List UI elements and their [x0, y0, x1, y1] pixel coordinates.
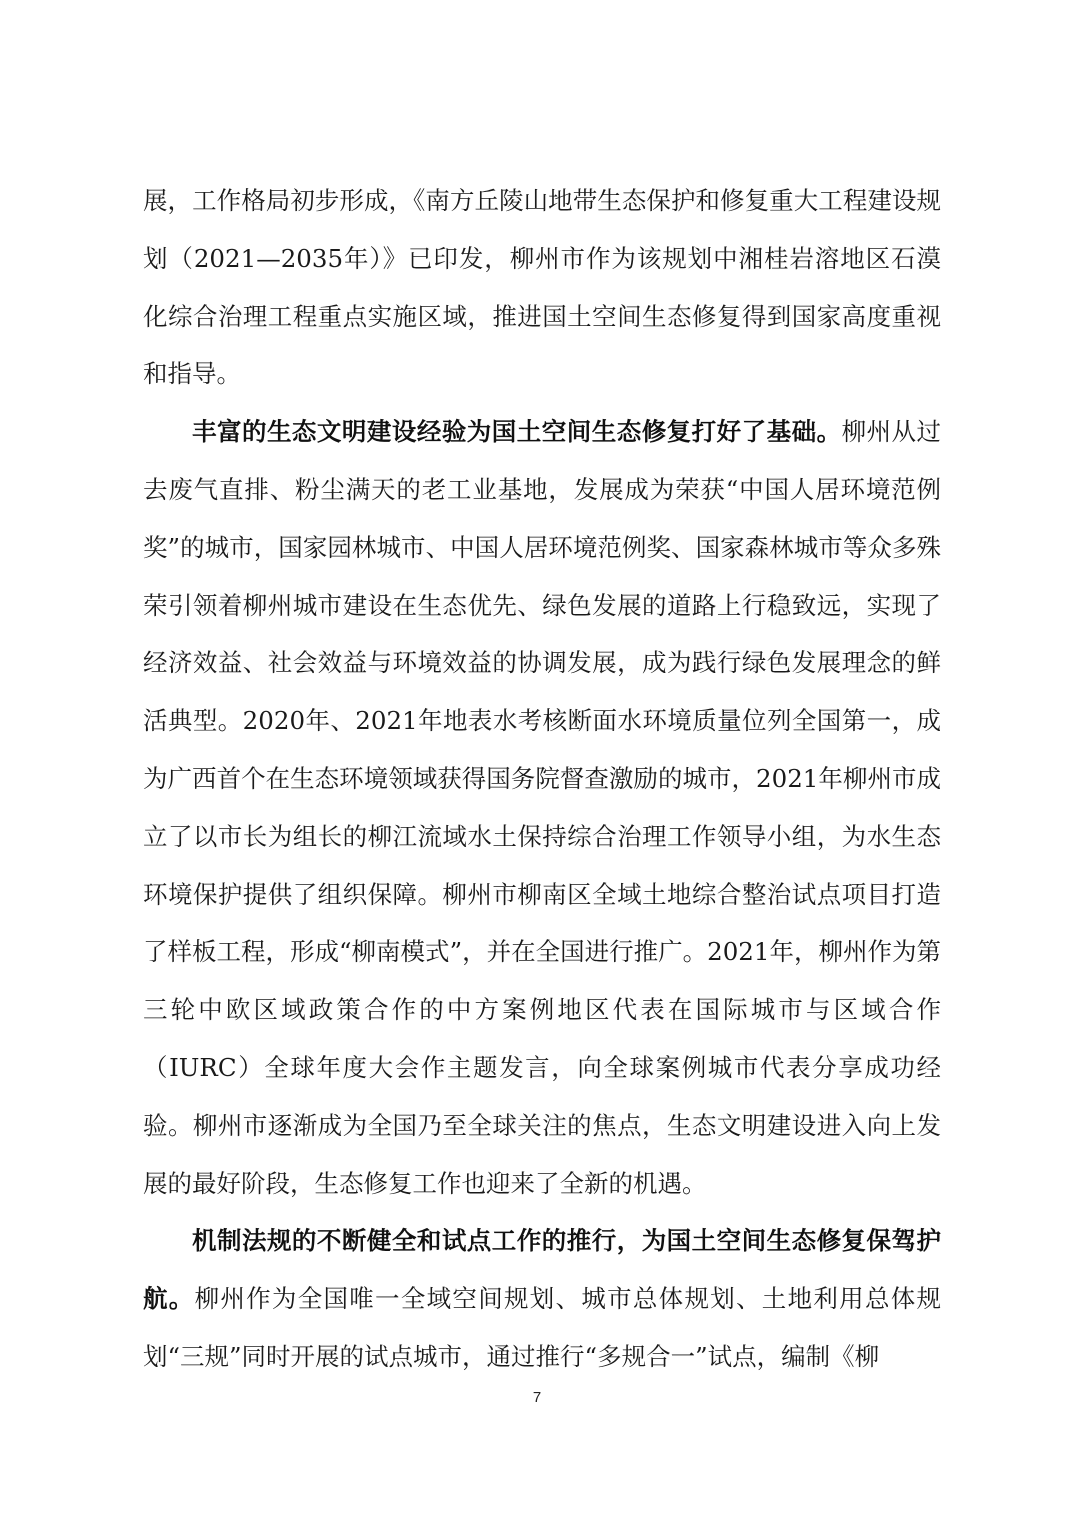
paragraph-heading: 丰富的生态文明建设经验为国土空间生态修复打好了基础。	[192, 417, 842, 446]
page-number: 7	[0, 1389, 1074, 1406]
paragraph-text: 柳州从过去废气直排、粉尘满天的老工业基地，发展成为荣获“中国人居环境范例奖”的城…	[143, 417, 941, 1197]
document-body: 展，工作格局初步形成，《南方丘陵山地带生态保护和修复重大工程建设规划（2021—…	[143, 172, 941, 1386]
paragraph-ecological-experience: 丰富的生态文明建设经验为国土空间生态修复打好了基础。柳州从过去废气直排、粉尘满天…	[143, 403, 941, 1212]
paragraph-continuation: 展，工作格局初步形成，《南方丘陵山地带生态保护和修复重大工程建设规划（2021—…	[143, 172, 941, 403]
paragraph-mechanism-regulations: 机制法规的不断健全和试点工作的推行，为国土空间生态修复保驾护航。柳州作为全国唯一…	[143, 1212, 941, 1385]
paragraph-text: 柳州作为全国唯一全域空间规划、城市总体规划、土地利用总体规划“三规”同时开展的试…	[143, 1284, 941, 1371]
document-page: 展，工作格局初步形成，《南方丘陵山地带生态保护和修复重大工程建设规划（2021—…	[0, 0, 1074, 1520]
paragraph-text: 展，工作格局初步形成，《南方丘陵山地带生态保护和修复重大工程建设规划（2021—…	[143, 186, 941, 388]
